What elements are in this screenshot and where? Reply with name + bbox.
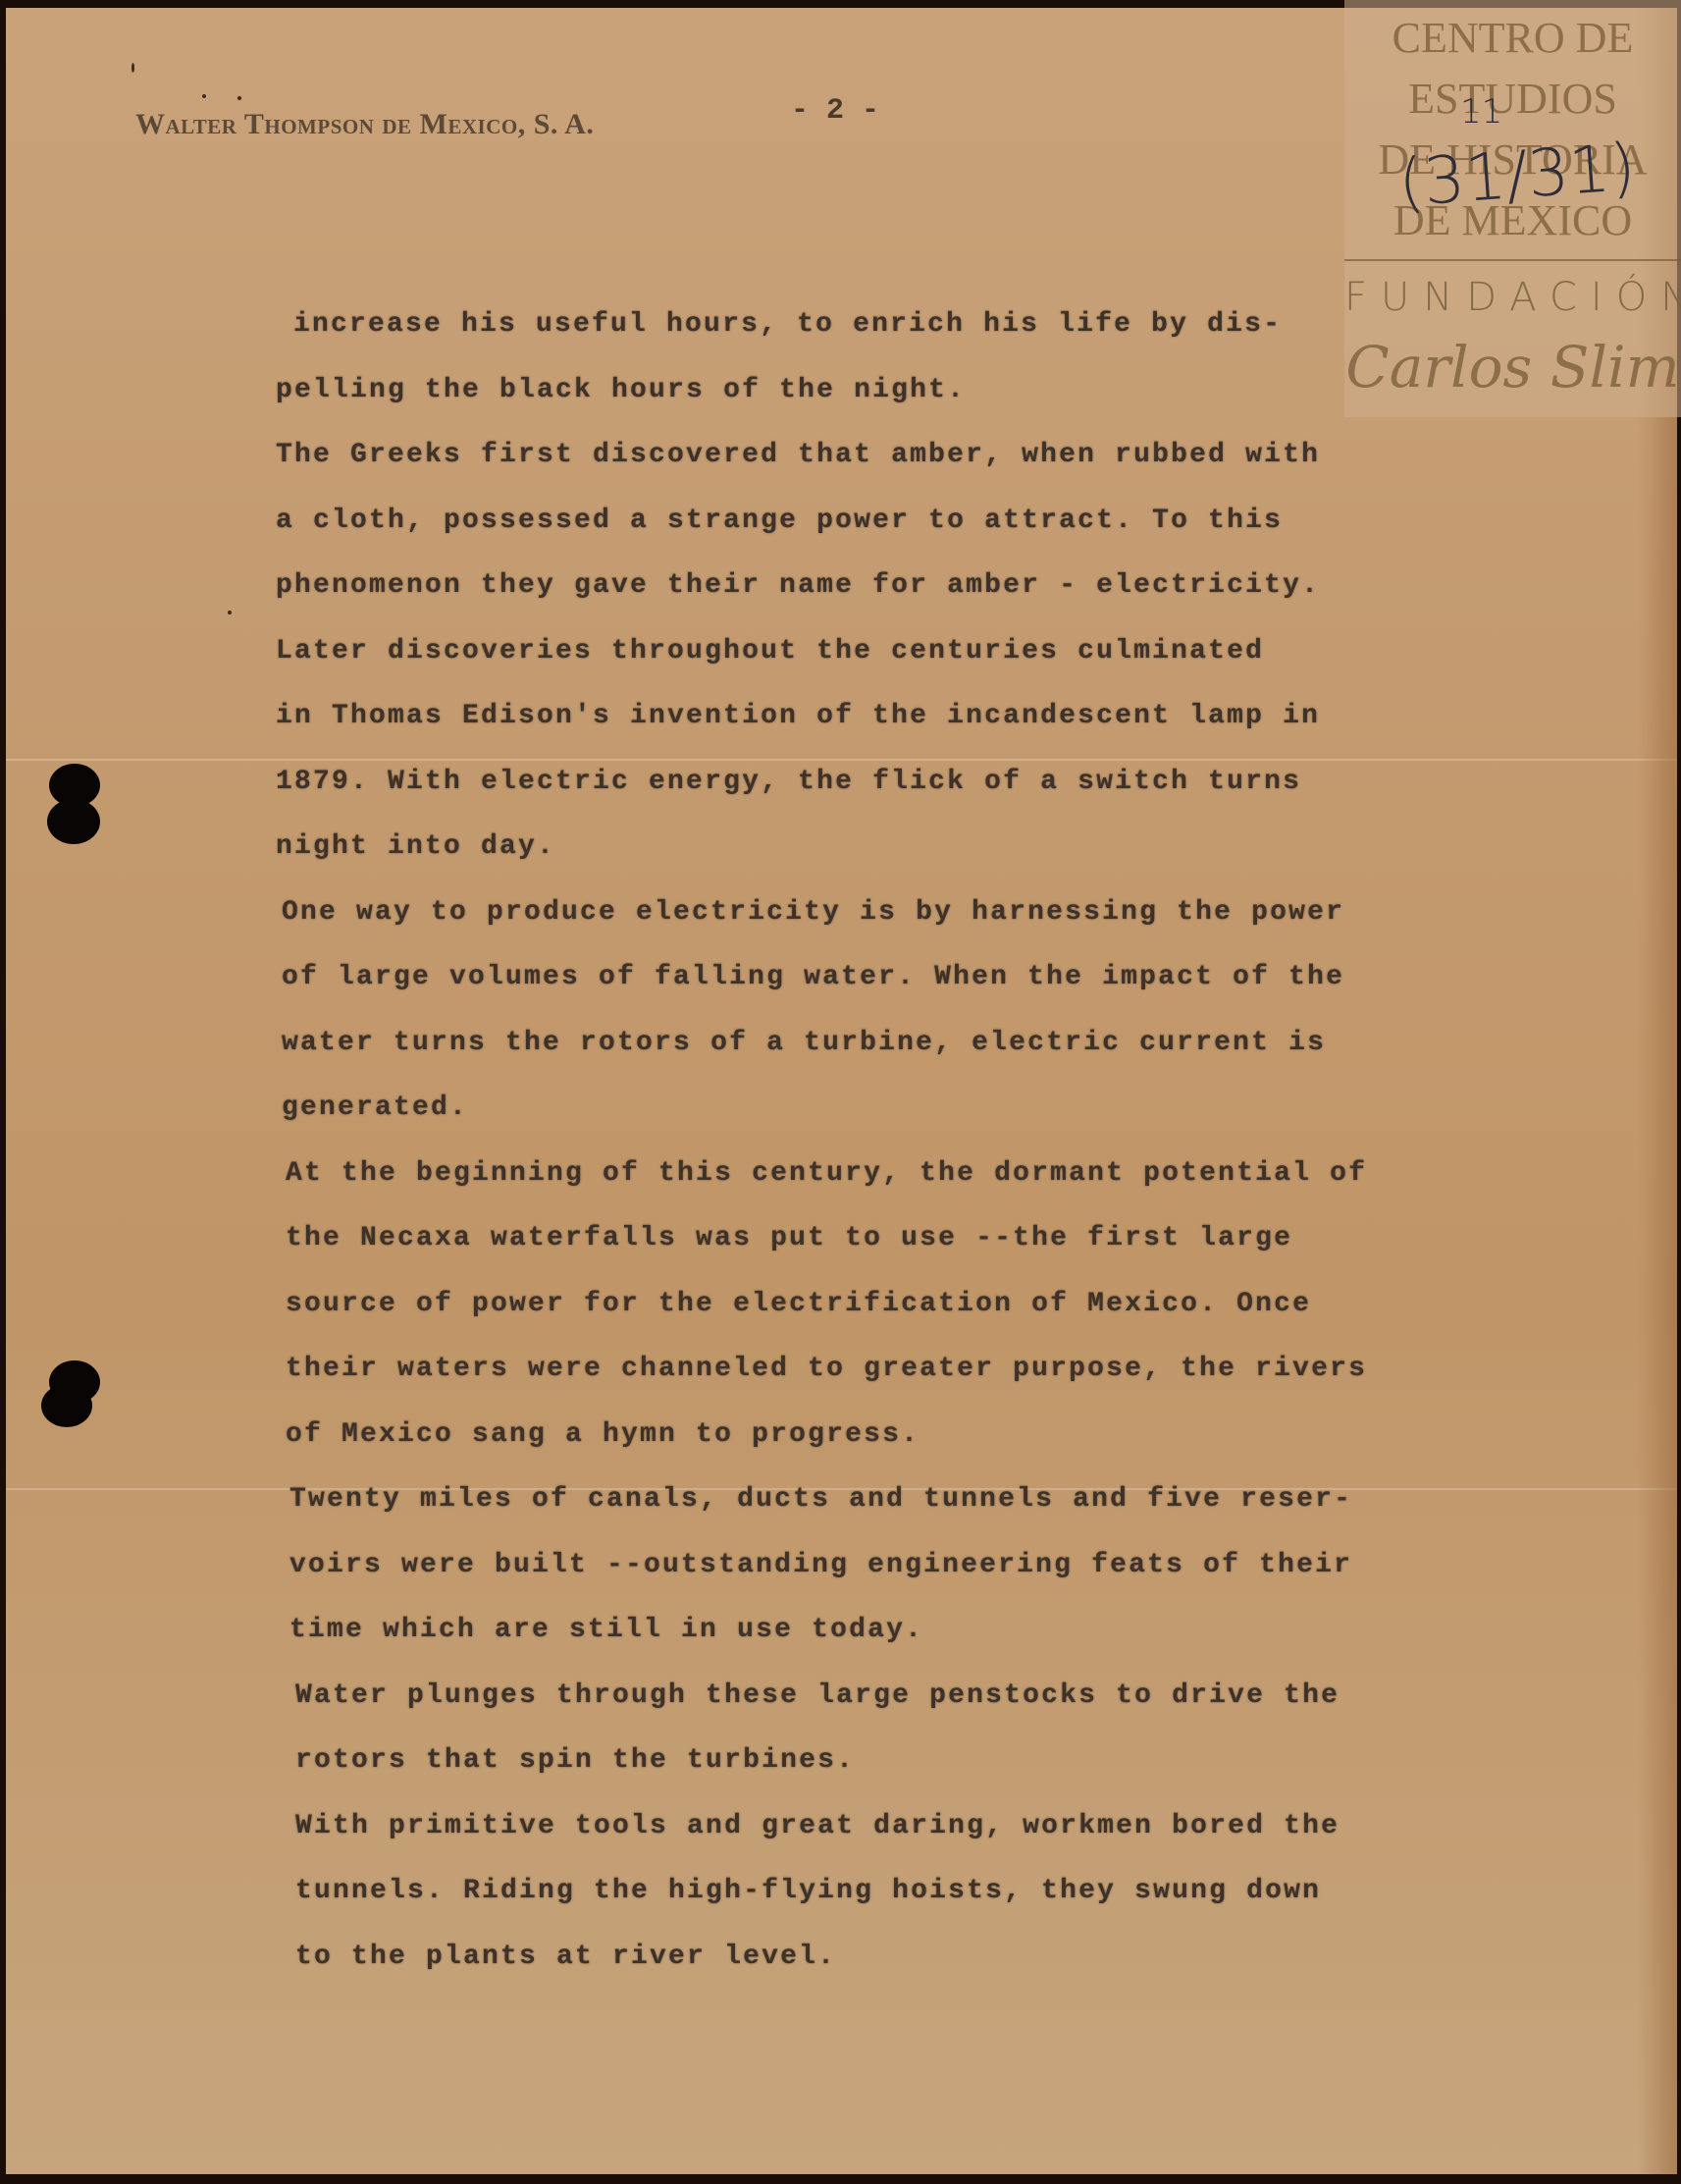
text-line: Later discoveries throughout the centuri… bbox=[276, 619, 1483, 685]
page-number: - 2 - bbox=[791, 94, 879, 128]
text-line: of Mexico sang a hymn to progress. bbox=[286, 1403, 1483, 1468]
stamp-foundation-label: FUNDACIÓN bbox=[1344, 275, 1681, 320]
text-line: water turns the rotors of a turbine, ele… bbox=[282, 1011, 1483, 1077]
text-line: tunnels. Riding the high-flying hoists, … bbox=[295, 1859, 1483, 1925]
body-text: increase his useful hours, to enrich his… bbox=[276, 293, 1483, 1990]
text-line: At the beginning of this century, the do… bbox=[286, 1142, 1483, 1207]
stamp-divider bbox=[1344, 259, 1681, 261]
text-line: in Thomas Edison's invention of the inca… bbox=[276, 684, 1483, 750]
text-line: of large volumes of falling water. When … bbox=[282, 945, 1483, 1011]
ink-speck bbox=[131, 63, 134, 73]
text-line: their waters were channeled to greater p… bbox=[286, 1337, 1483, 1403]
text-line: 1879. With electric energy, the flick of… bbox=[276, 750, 1483, 816]
text-line: Twenty miles of canals, ducts and tunnel… bbox=[289, 1467, 1483, 1533]
text-line: time which are still in use today. bbox=[289, 1598, 1483, 1664]
punch-hole bbox=[47, 799, 100, 844]
ink-speck bbox=[237, 96, 241, 100]
text-line: pelling the black hours of the night. bbox=[276, 358, 1483, 424]
text-line: voirs were built --outstanding engineeri… bbox=[289, 1533, 1483, 1599]
letterhead: Walter Thompson de Mexico, S. A. bbox=[135, 108, 594, 141]
text-line: to the plants at river level. bbox=[295, 1925, 1483, 1991]
ink-speck bbox=[202, 94, 206, 98]
text-line: a cloth, possessed a strange power to at… bbox=[276, 489, 1483, 555]
text-line: With primitive tools and great daring, w… bbox=[295, 1794, 1483, 1860]
text-line: generated. bbox=[282, 1076, 1483, 1142]
text-line: night into day. bbox=[276, 815, 1483, 880]
punch-hole bbox=[41, 1384, 92, 1427]
ink-speck bbox=[228, 611, 232, 614]
text-line: rotors that spin the turbines. bbox=[295, 1729, 1483, 1794]
handwritten-mark: 11 bbox=[1460, 92, 1502, 132]
stamp-institution: CENTRO DE ESTUDIOS DE HISTORIA DE MEXICO bbox=[1344, 0, 1681, 251]
stamp-line: ESTUDIOS bbox=[1344, 69, 1681, 130]
text-line: the Necaxa waterfalls was put to use --t… bbox=[286, 1206, 1483, 1272]
stamp-signature-logo: Carlos Slim bbox=[1344, 334, 1681, 400]
text-line: The Greeks first discovered that amber, … bbox=[276, 423, 1483, 489]
text-line: One way to produce electricity is by har… bbox=[282, 880, 1483, 946]
stamp-line: CENTRO DE bbox=[1344, 8, 1681, 69]
text-line: increase his useful hours, to enrich his… bbox=[293, 293, 1483, 358]
text-line: Water plunges through these large pensto… bbox=[295, 1664, 1483, 1730]
text-line: phenomenon they gave their name for ambe… bbox=[276, 554, 1483, 619]
text-line: source of power for the electrification … bbox=[286, 1272, 1483, 1338]
